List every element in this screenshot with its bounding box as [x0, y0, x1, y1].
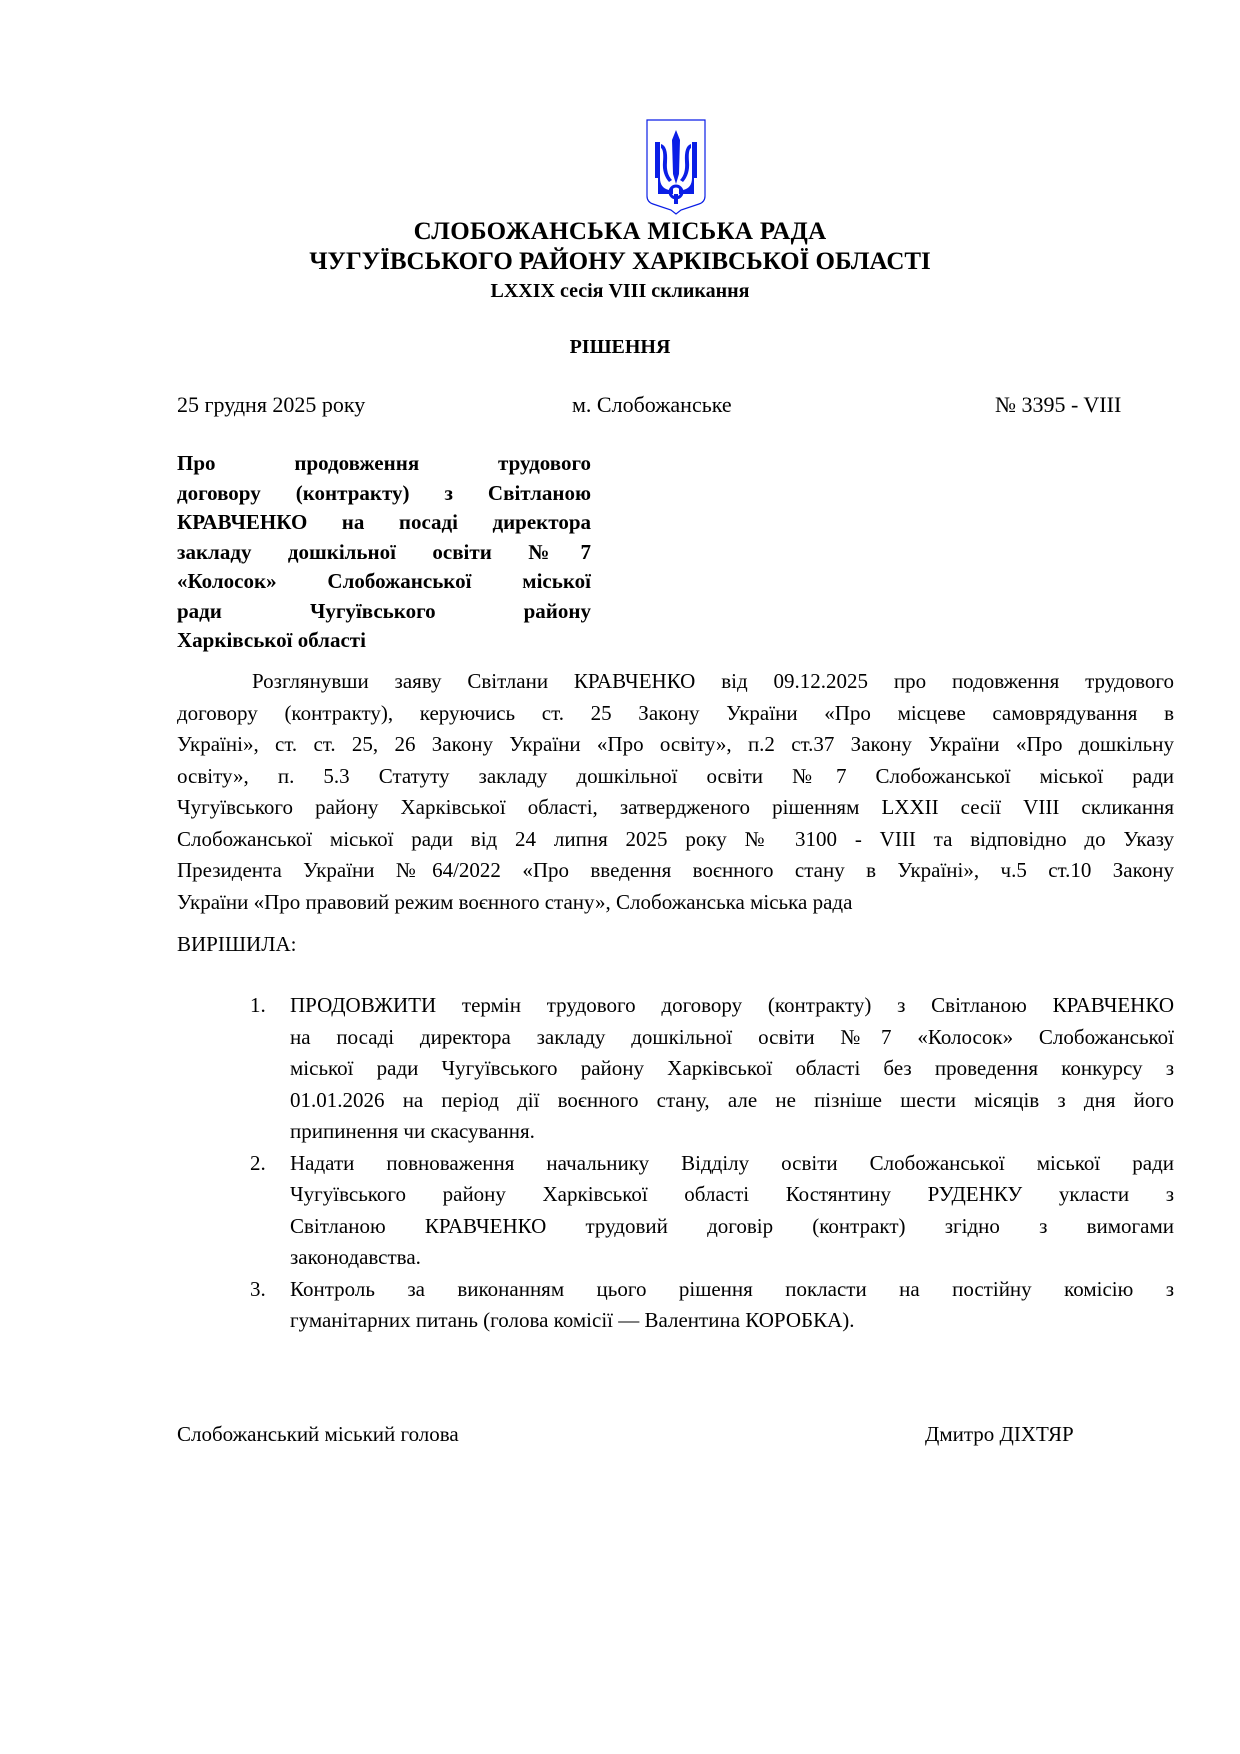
resolution-item: 1. ПРОДОВЖИТИ термін трудового договору … — [250, 990, 1174, 1148]
subject-line: КРАВЧЕНКО на посаді директора — [177, 508, 591, 538]
preamble-line: Розглянувши заяву Світлани КРАВЧЕНКО від… — [177, 666, 1174, 698]
document-type: РІШЕННЯ — [0, 336, 1240, 359]
item-number: 2. — [250, 1148, 266, 1180]
council-name: СЛОБОЖАНСЬКА МІСЬКА РАДА — [0, 218, 1240, 246]
subject-line: ради Чугуївського району — [177, 597, 591, 627]
subject-line: договору (контракту) з Світланою — [177, 479, 591, 509]
item-line: законодавства. — [290, 1242, 1174, 1274]
item-line: ПРОДОВЖИТИ термін трудового договору (ко… — [290, 990, 1174, 1022]
preamble-paragraph: Розглянувши заяву Світлани КРАВЧЕНКО від… — [177, 666, 1174, 918]
ukraine-coat-of-arms-icon — [645, 118, 707, 216]
decision-subject: Про продовження трудового договору (конт… — [177, 449, 591, 656]
decision-number: № 3395 - VIII — [995, 392, 1121, 418]
item-line: Світланою КРАВЧЕНКО трудовий договір (ко… — [290, 1211, 1174, 1243]
item-line: на посаді директора закладу дошкільної о… — [290, 1022, 1174, 1054]
item-line: гуманітарних питань (голова комісії — Ва… — [290, 1305, 1174, 1337]
signatory-name: Дмитро ДІХТЯР — [925, 1422, 1074, 1447]
preamble-line: освіту», п. 5.3 Статуту закладу дошкільн… — [177, 761, 1174, 793]
item-line: Контроль за виконанням цього рішення пок… — [290, 1274, 1174, 1306]
preamble-line: Чугуївського району Харківської області,… — [177, 792, 1174, 824]
resolved-label: ВИРІШИЛА: — [177, 932, 296, 957]
preamble-line: України «Про правовий режим воєнного ста… — [177, 887, 1174, 919]
item-line: припинення чи скасування. — [290, 1116, 1174, 1148]
preamble-line: Україні», ст. ст. 25, 26 Закону України … — [177, 729, 1174, 761]
signatory-position: Слобожанський міський голова — [177, 1422, 459, 1447]
district-name: ЧУГУЇВСЬКОГО РАЙОНУ ХАРКІВСЬКОЇ ОБЛАСТІ — [0, 248, 1240, 276]
decision-place: м. Слобожанське — [572, 392, 732, 418]
preamble-line: договору (контракту), керуючись ст. 25 З… — [177, 698, 1174, 730]
item-line: міської ради Чугуївського району Харківс… — [290, 1053, 1174, 1085]
subject-line: «Колосок» Слобожанської міської — [177, 567, 591, 597]
session-label: LXXIX сесія VIII скликання — [0, 280, 1240, 303]
resolution-item: 2. Надати повноваження начальнику Відділ… — [250, 1148, 1174, 1274]
resolution-list: 1. ПРОДОВЖИТИ термін трудового договору … — [250, 990, 1174, 1337]
item-number: 1. — [250, 990, 266, 1022]
item-line: 01.01.2026 на період дії воєнного стану,… — [290, 1085, 1174, 1117]
item-line: Чугуївського району Харківської області … — [290, 1179, 1174, 1211]
resolution-item: 3. Контроль за виконанням цього рішення … — [250, 1274, 1174, 1337]
subject-line: Харківської області — [177, 626, 591, 656]
item-number: 3. — [250, 1274, 266, 1306]
preamble-line: Президента України №64/2022 «Про введенн… — [177, 855, 1174, 887]
subject-line: закладу дошкільної освіти №7 — [177, 538, 591, 568]
subject-line: Про продовження трудового — [177, 449, 591, 479]
document-page: СЛОБОЖАНСЬКА МІСЬКА РАДА ЧУГУЇВСЬКОГО РА… — [0, 0, 1240, 1754]
decision-date: 25 грудня 2025 року — [177, 392, 365, 418]
item-line: Надати повноваження начальнику Відділу о… — [290, 1148, 1174, 1180]
preamble-line: Слобожанської міської ради від 24 липня … — [177, 824, 1174, 856]
